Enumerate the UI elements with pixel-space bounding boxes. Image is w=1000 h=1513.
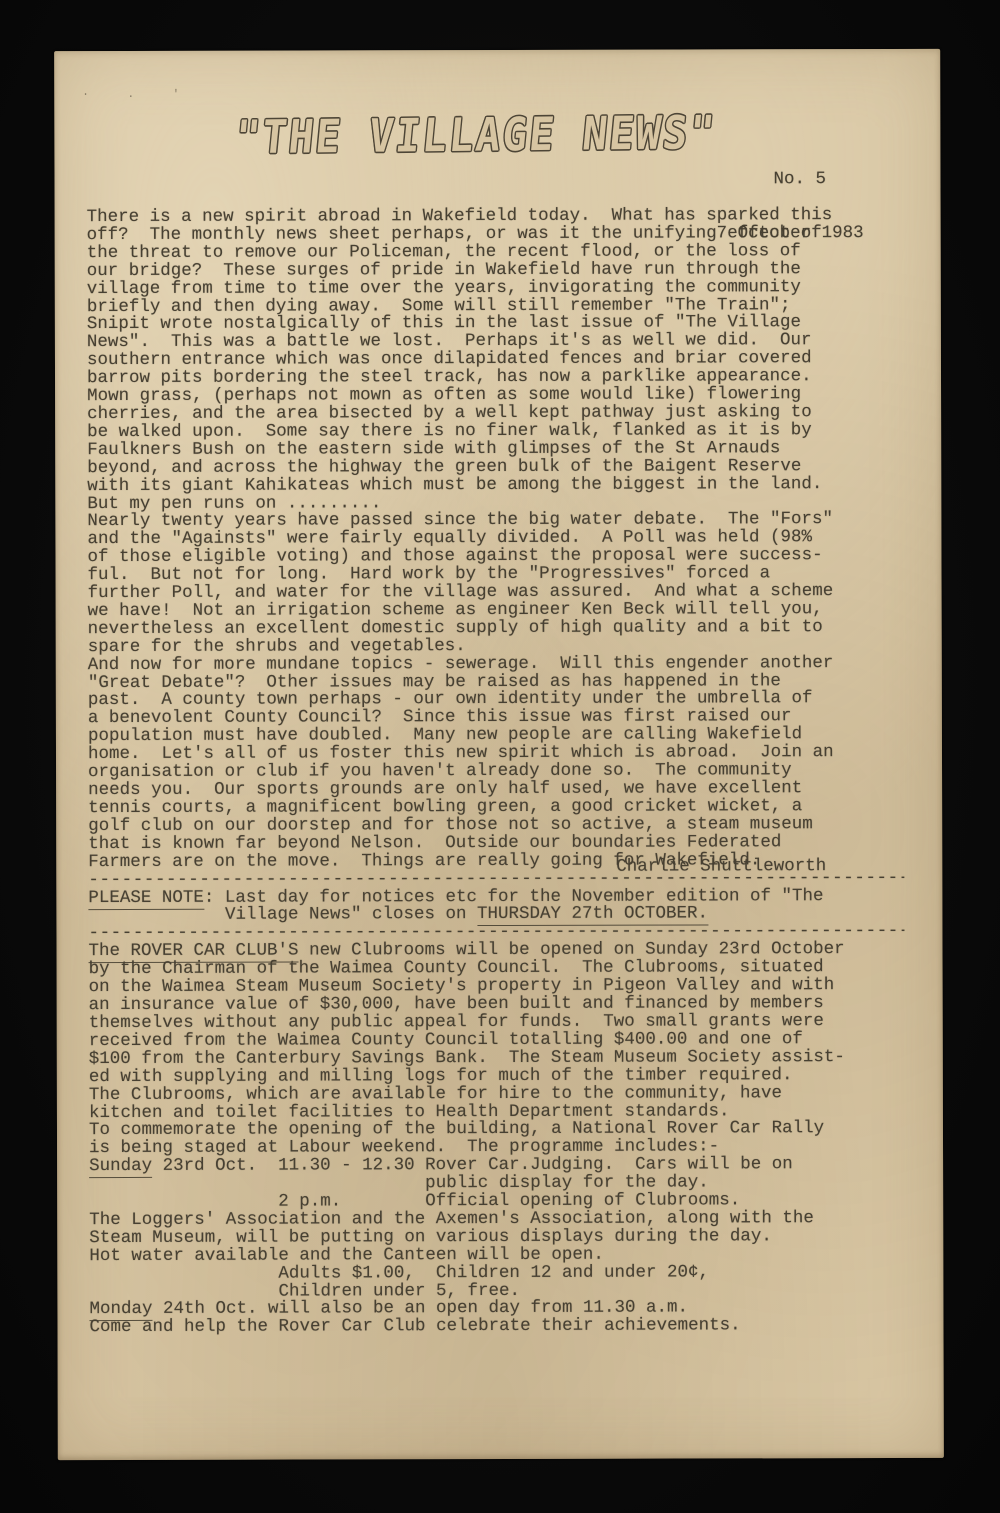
please-note-line-2: Village News" closes on THURSDAY 27th OC… bbox=[88, 905, 904, 925]
photo-background: · . ' "THE VILLAGE NEWS" No. 5 7 October… bbox=[0, 0, 1000, 1513]
masthead: "THE VILLAGE NEWS" No. 5 7 October 1983 bbox=[86, 133, 902, 209]
issue-block: No. 5 7 October 1983 bbox=[716, 135, 863, 279]
editorial-signature: Charlie Shuttleworth bbox=[616, 858, 826, 876]
issue-date: 7 October 1983 bbox=[717, 225, 864, 243]
staple-marks: · . ' bbox=[82, 89, 195, 101]
newsletter-title: "THE VILLAGE NEWS" bbox=[234, 124, 717, 149]
rover-article-body-1: by the Chairman of the Waimea County Cou… bbox=[89, 959, 906, 1158]
editorial-body: There is a new spirit abroad in Wakefiel… bbox=[87, 207, 905, 872]
closing-line: Come and help the Rover Car Club celebra… bbox=[89, 1317, 905, 1337]
signature-row: ----------------------------------------… bbox=[88, 869, 904, 889]
issue-number: No. 5 bbox=[716, 171, 863, 189]
newsletter-page: · . ' "THE VILLAGE NEWS" No. 5 7 October… bbox=[54, 49, 944, 1460]
rover-article-body-2: The Loggers' Association and the Axemen'… bbox=[89, 1210, 905, 1266]
please-note-text-2: Village News" closes on bbox=[88, 904, 477, 925]
page-content: "THE VILLAGE NEWS" No. 5 7 October 1983 … bbox=[86, 133, 905, 1337]
programme-schedule: public display for the day. 2 p.m. Offic… bbox=[89, 1174, 905, 1212]
admission-prices: Adults $1.00, Children 12 and under 20¢,… bbox=[89, 1264, 905, 1302]
